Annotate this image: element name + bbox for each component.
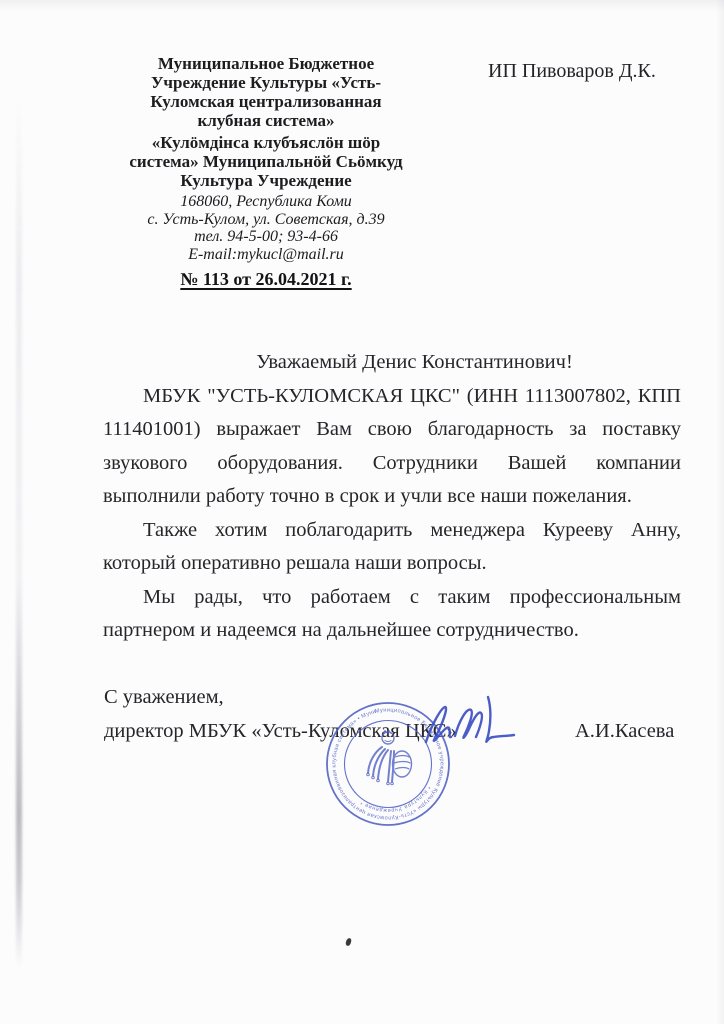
letterhead: Муниципальное Бюджетное Учреждение Культ… bbox=[100, 54, 432, 290]
email-line: E-mail:mykucl@mail.ru bbox=[100, 246, 432, 264]
signature-ink-icon bbox=[412, 688, 524, 768]
address-block: 168060, Республика Коми с. Усть-Кулом, у… bbox=[100, 193, 432, 263]
salutation: Уважаемый Денис Константинович! bbox=[103, 346, 681, 380]
signer-name: А.И.Касева bbox=[575, 720, 674, 743]
recipient-line: ИП Пивоваров Д.К. bbox=[488, 60, 656, 83]
address-street: с. Усть-Кулом, ул. Советская, д.39 bbox=[100, 211, 432, 229]
paragraph-manager: Также хотим поблагодарить менеджера Куре… bbox=[103, 514, 681, 581]
address-region: 168060, Республика Коми bbox=[100, 193, 432, 211]
org-name-russian: Муниципальное Бюджетное Учреждение Культ… bbox=[132, 54, 400, 130]
letter-body: Уважаемый Денис Константинович! МБУК "УС… bbox=[103, 346, 681, 648]
phone-line: тел. 94-5-00; 93-4-66 bbox=[100, 228, 432, 246]
closing-line: С уважением, bbox=[104, 686, 224, 709]
scanned-letter-page: Муниципальное Бюджетное Учреждение Культ… bbox=[0, 0, 724, 1024]
stamp-emblem-bird-icon bbox=[367, 731, 412, 785]
paragraph-gratitude: МБУК "УСТЬ-КУЛОМСКАЯ ЦКС" (ИНН 111300780… bbox=[103, 380, 681, 514]
paragraph-cooperation: Мы рады, что работаем с таким профессион… bbox=[103, 581, 681, 648]
scan-streak-artifact bbox=[16, 100, 22, 968]
org-name-komi: «Кулöмдінса клубъяслöн шöр система» Муни… bbox=[126, 133, 406, 190]
scan-speck-artifact bbox=[345, 938, 352, 947]
reference-number: № 113 от 26.04.2021 г. bbox=[180, 269, 351, 290]
